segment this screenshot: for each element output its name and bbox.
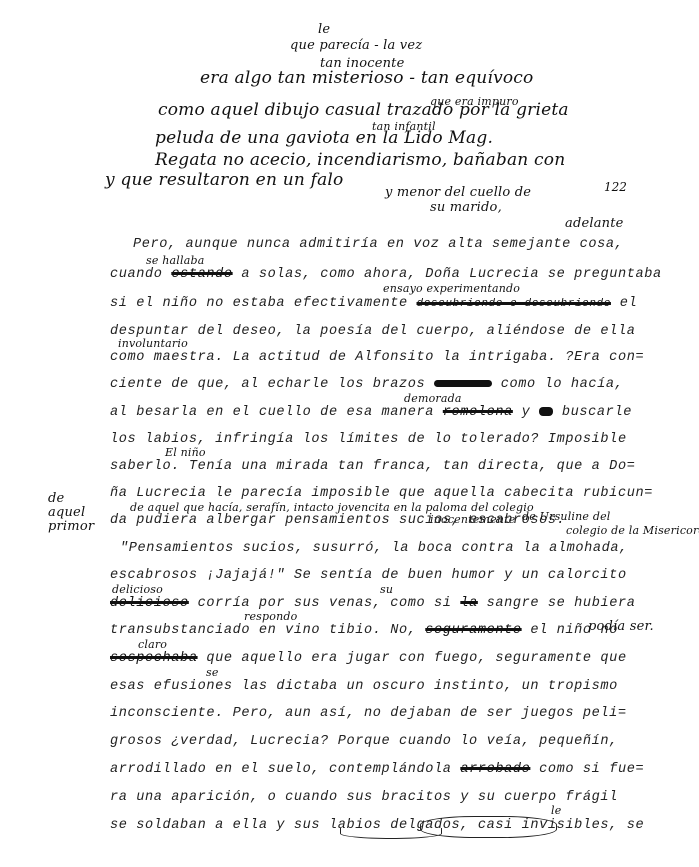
typed-line-20: arrodillado en el suelo, contemplándola …	[110, 762, 644, 777]
typed-line-13: escabrosos ¡Jajajá!" Se sentía de buen h…	[110, 568, 627, 583]
annotation-respondo: respondo	[244, 610, 297, 623]
manuscript-page: le que parecía - la vez tan inocente era…	[0, 0, 699, 867]
annotation-right-2: colegio de la Misericordia	[566, 524, 699, 537]
typed-line-19: grosos ¿verdad, Lucrecia? Porque cuando …	[110, 734, 618, 749]
handwritten-line: su marido,	[430, 200, 502, 215]
annotation-claro: claro	[138, 638, 167, 651]
transposition-arrow	[340, 828, 442, 839]
handwritten-le: le	[318, 22, 330, 37]
typed-line-14: delicioso corría por sus venas, como si …	[110, 596, 635, 611]
typed-line-18: inconsciente. Pero, aun así, no dejaban …	[110, 706, 627, 721]
annotation-demorada: demorada	[404, 392, 462, 405]
annotation-su: su	[380, 583, 393, 596]
typed-line-1: Pero, aunque nunca admitiría en voz alta…	[133, 237, 623, 252]
scribbled-out-word	[434, 380, 492, 387]
typed-line-12: "Pensamientos sucios, susurró, la boca c…	[120, 541, 628, 556]
typed-line-11: da pudiera albergar pensamientos sucios,…	[110, 513, 565, 528]
typed-line-10: ña Lucrecia le parecía imposible que aqu…	[110, 486, 653, 501]
annotation-se-hallaba: se hallaba	[146, 254, 205, 267]
handwritten-line: y menor del cuello de	[385, 185, 531, 200]
typed-line-9: saberlo. Tenía una mirada tan franca, ta…	[110, 459, 635, 474]
margin-note-line: de	[48, 492, 94, 506]
handwritten-line: y que resultaron en un falo	[105, 170, 344, 190]
typed-line-15: transubstanciado en vino tibio. No, segu…	[110, 623, 618, 638]
typed-line-17: esas efusiones las dictaba un oscuro ins…	[110, 679, 618, 694]
margin-note-left: de aquel primor	[48, 492, 94, 534]
handwritten-adelante: adelante	[565, 216, 624, 231]
margin-note-line: primor	[48, 520, 94, 534]
page-number: 122	[604, 180, 627, 194]
annotation-el-nino: El niño	[165, 446, 206, 459]
annotation-experimentando: ensayo experimentando	[383, 282, 520, 295]
typed-line-4: despuntar del deseo, la poesía del cuerp…	[110, 324, 635, 339]
typed-line-16: sospechaba que aquello era jugar con fue…	[110, 651, 627, 666]
handwritten-line: como aquel dibujo casual trazado por la …	[158, 100, 569, 120]
handwritten-line: peluda de una gaviota en la Lido Mag.	[155, 128, 493, 148]
scribbled-out-word	[539, 407, 553, 416]
typed-line-3: si el niño no estaba efectivamente descu…	[110, 296, 637, 311]
annotation-podia-ser: podía ser.	[588, 619, 654, 634]
handwritten-line: era algo tan misterioso - tan equívoco	[200, 68, 533, 88]
typed-line-5: como maestra. La actitud de Alfonsito la…	[110, 350, 644, 365]
annotation-se: se	[206, 666, 219, 679]
typed-line-6: ciente de que, al echarle los brazos com…	[110, 377, 623, 392]
annotation-delicioso: delicioso	[112, 583, 163, 596]
annotation-right-1: de Ursuline del	[522, 510, 611, 523]
typed-line-21: ra una aparición, o cuando sus bracitos …	[110, 790, 618, 805]
handwritten-line: Regata no acecio, incendiarismo, bañaban…	[155, 150, 565, 170]
margin-note-line: aquel	[48, 506, 94, 520]
typed-line-8: los labios, infringía los límites de lo …	[110, 432, 627, 447]
annotation-fragil-mark: le	[551, 804, 561, 817]
annotation-involuntario: involuntario	[118, 337, 188, 350]
typed-line-7: al besarla en el cuello de esa manera re…	[110, 405, 632, 420]
typed-line-2: cuando estando a solas, como ahora, Doña…	[110, 267, 662, 282]
handwritten-line: que parecía - la vez	[290, 38, 422, 53]
